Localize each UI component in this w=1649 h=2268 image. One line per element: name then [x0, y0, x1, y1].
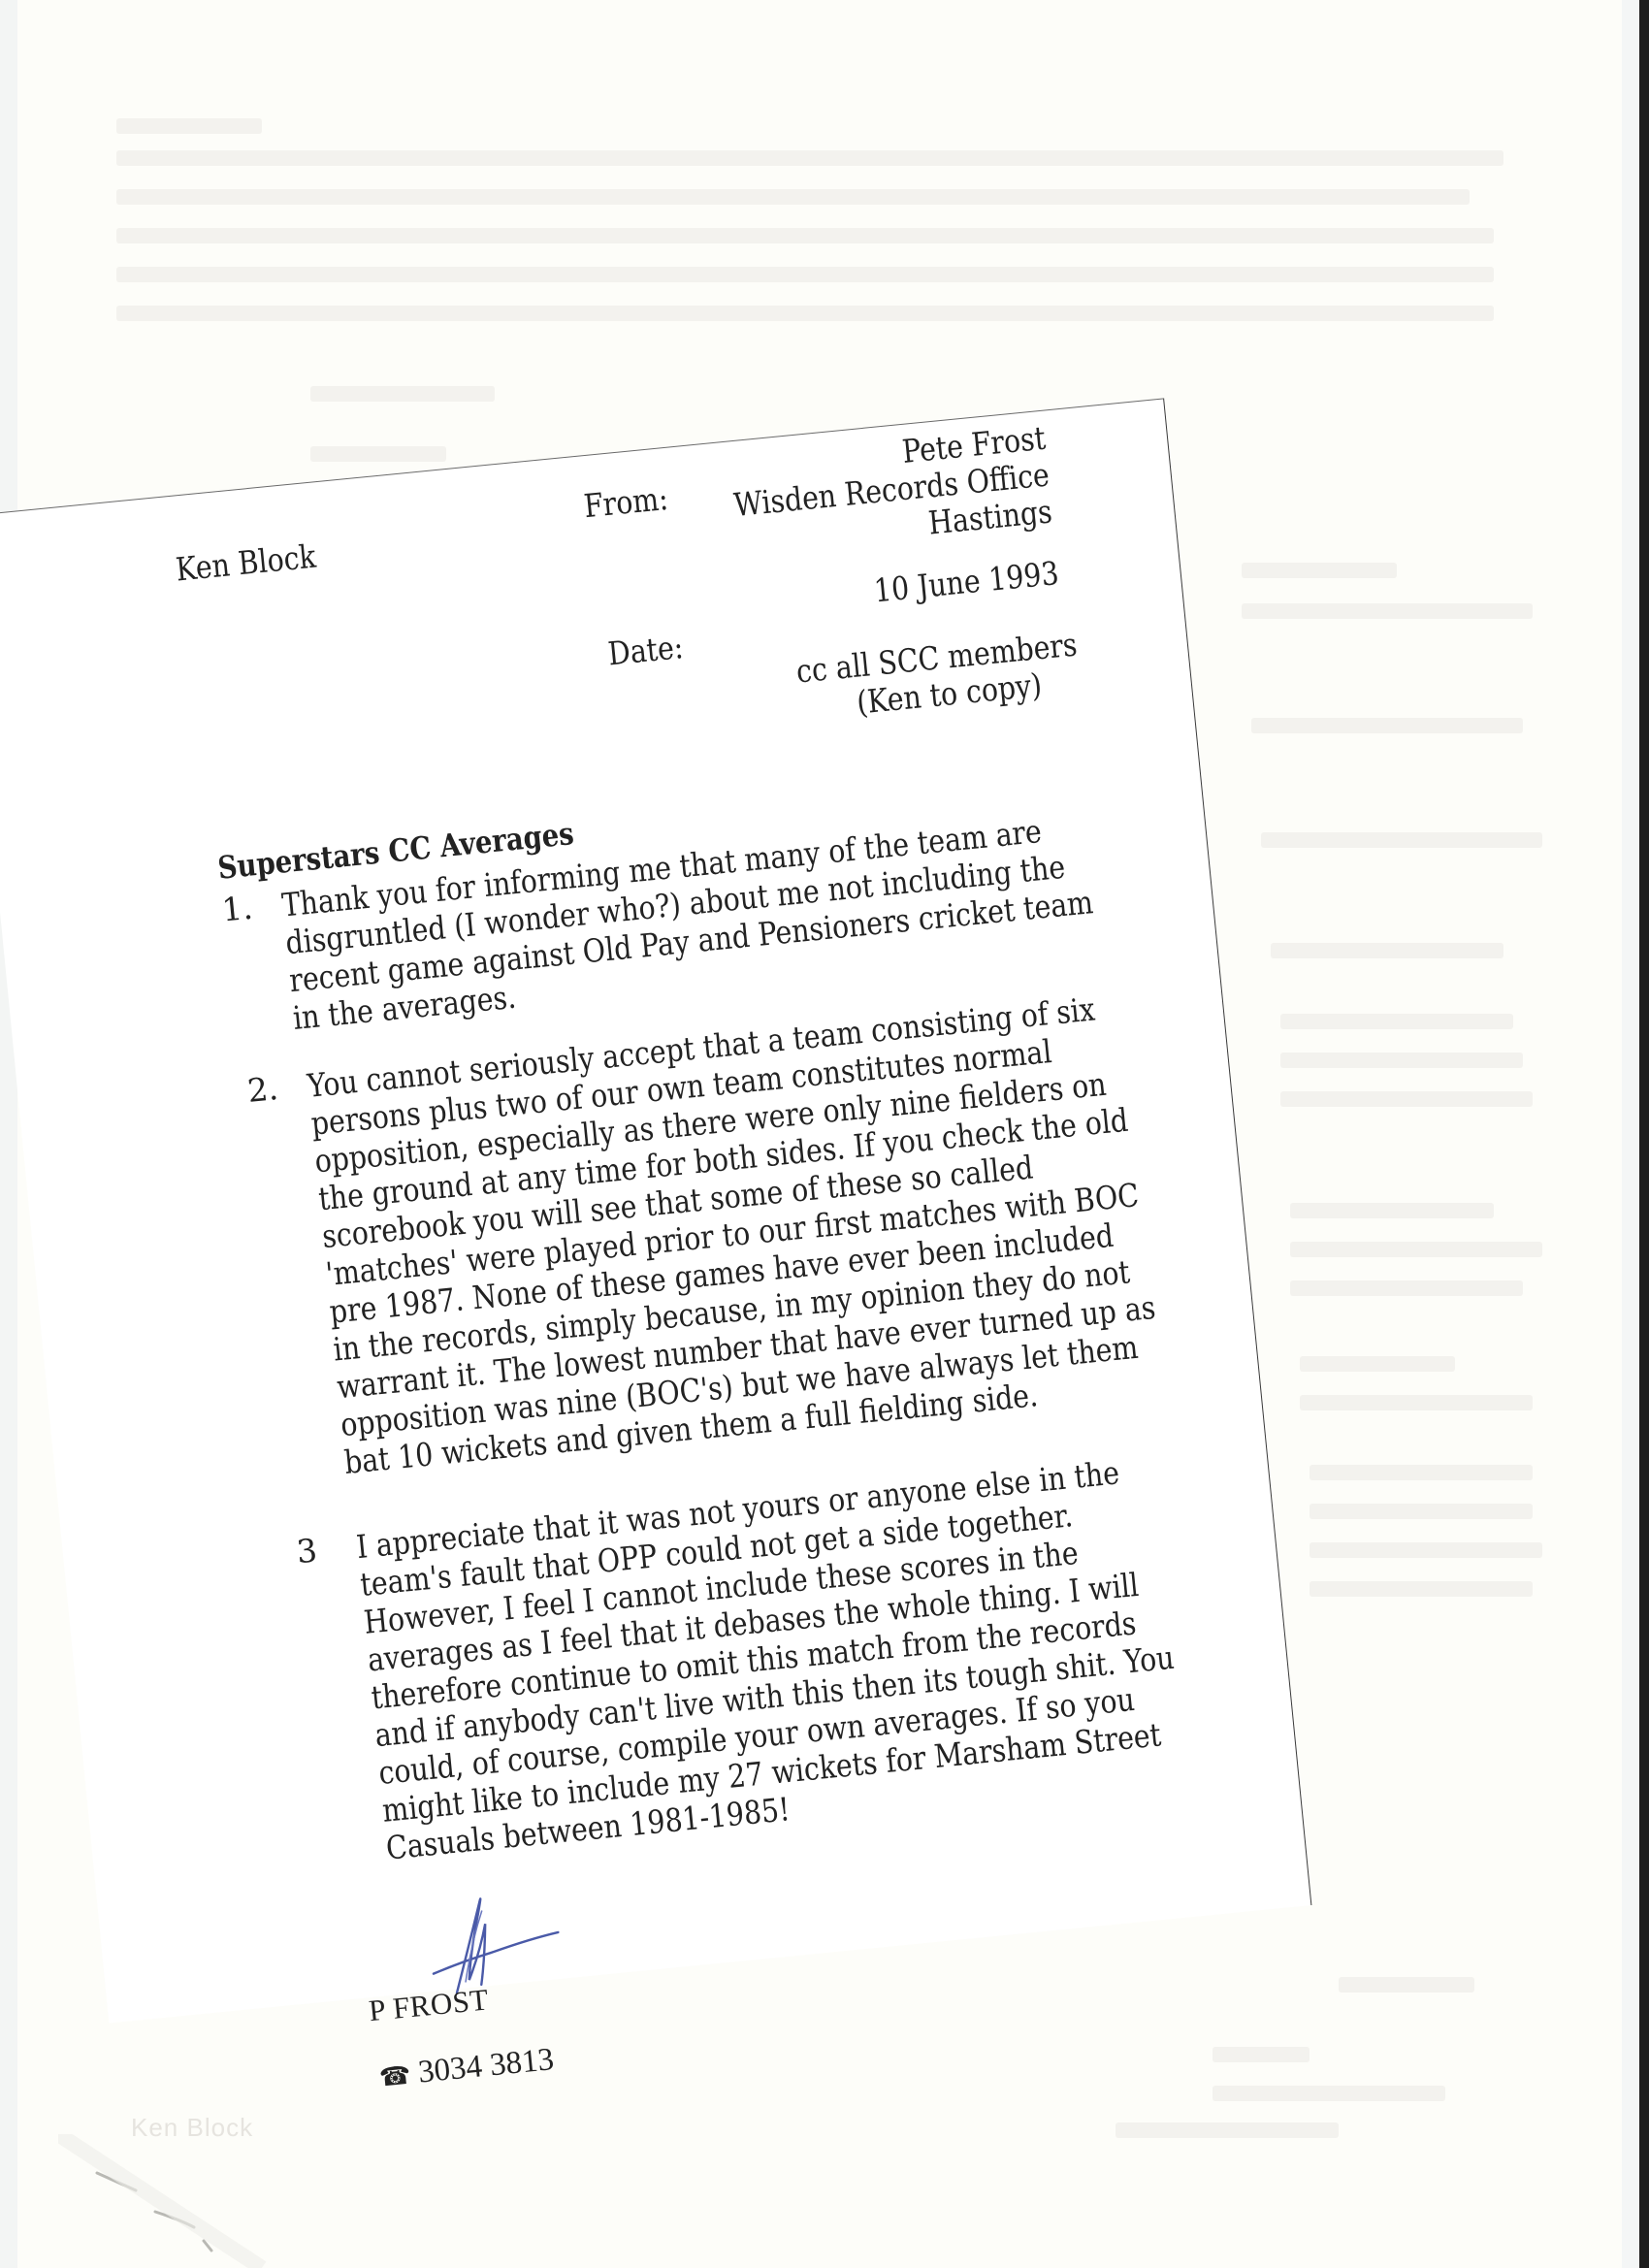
ghost-text-line	[1339, 1977, 1474, 1993]
ghost-text-line	[1212, 2047, 1309, 2062]
ghost-text-line	[1280, 1091, 1533, 1107]
ghost-text-line	[1242, 603, 1533, 619]
paragraph-number: 2.	[245, 1070, 279, 1110]
ghost-text-line	[1300, 1356, 1455, 1372]
ghost-text-line	[116, 150, 1503, 166]
ghost-text-line	[310, 386, 495, 402]
ghost-text-line	[310, 446, 446, 462]
paper-scuff-mark	[58, 2134, 310, 2268]
ghost-text-line	[1309, 1581, 1533, 1597]
ghost-text-line	[1280, 1014, 1513, 1029]
ghost-text-line	[1309, 1465, 1533, 1480]
ghost-text-line	[116, 306, 1494, 321]
letter: Ken Block From: Pete Frost Wisden Record…	[0, 397, 1325, 2023]
ghost-text-line	[116, 267, 1494, 282]
telephone-icon: ☎	[378, 2061, 412, 2092]
paragraph-number: 1.	[220, 890, 254, 929]
ghost-text-line	[1271, 943, 1503, 958]
ghost-text-line	[1290, 1280, 1523, 1296]
ghost-text-line	[1300, 1395, 1533, 1410]
ghost-text-line	[1309, 1504, 1533, 1519]
ghost-text-line	[1290, 1203, 1494, 1218]
ghost-text-line	[1242, 563, 1397, 578]
ghost-text-line	[1212, 2086, 1445, 2101]
ghost-text-line	[116, 189, 1470, 205]
scanner-bed-edge	[1639, 0, 1649, 2268]
date-label: Date:	[606, 629, 685, 672]
ghost-text-line	[1309, 1542, 1542, 1558]
ghost-text-line	[116, 118, 262, 134]
ghost-text-line	[1115, 2122, 1339, 2138]
ghost-text-line	[1261, 832, 1542, 848]
paragraph-number: 3	[295, 1532, 319, 1571]
ghost-text-line	[1280, 1053, 1523, 1068]
ghost-text-line	[1251, 718, 1523, 733]
ghost-text-line	[1290, 1242, 1542, 1257]
ghost-text-line	[116, 228, 1494, 243]
